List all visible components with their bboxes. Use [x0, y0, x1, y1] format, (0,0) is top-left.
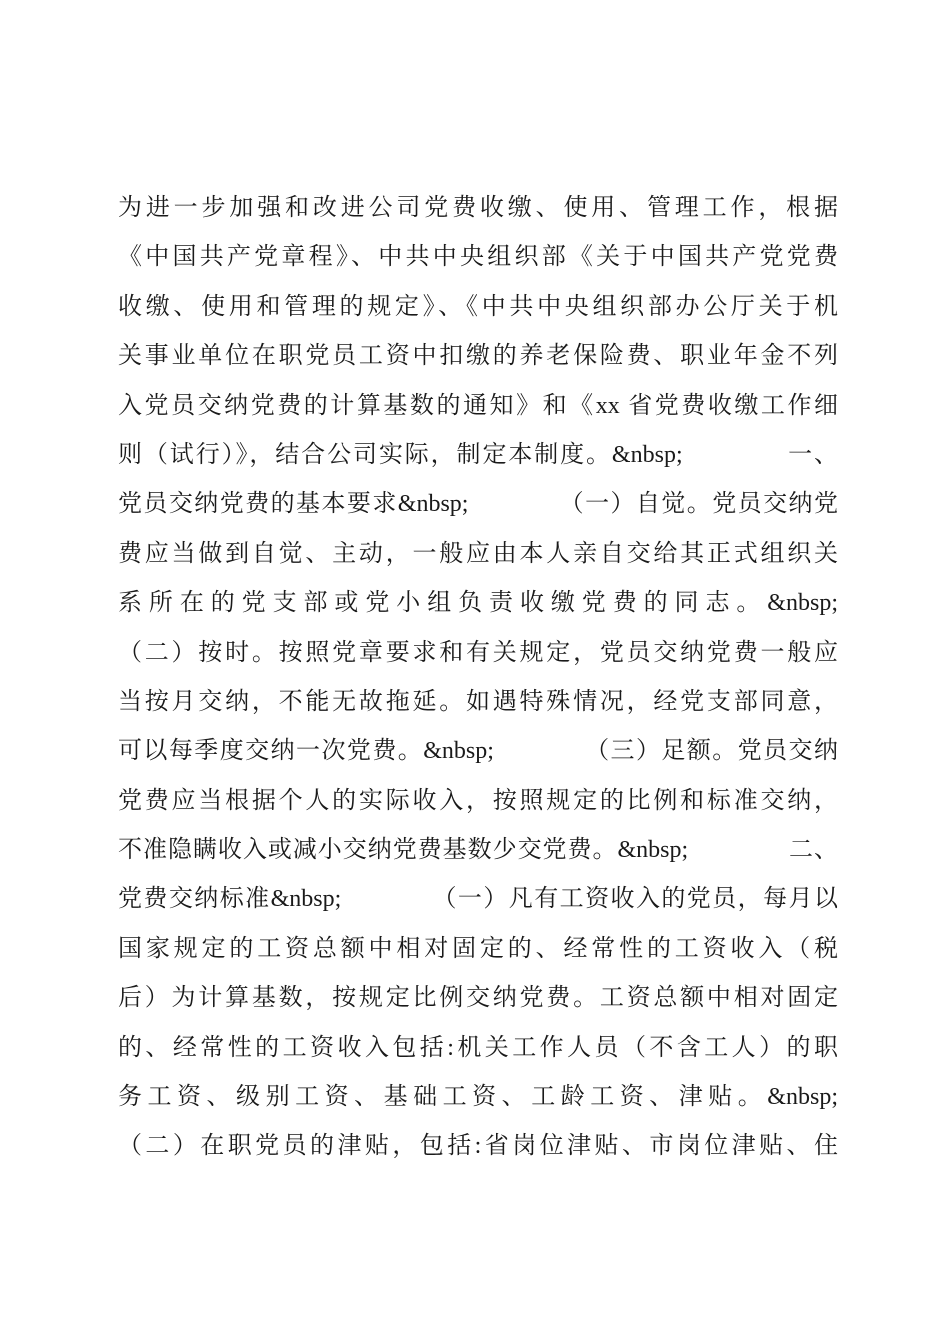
text-line: 国家规定的工资总额中相对固定的、经常性的工资收入（税	[118, 925, 838, 974]
text-line: 《中国共产党章程》、中共中央组织部《关于中国共产党党费	[118, 233, 838, 282]
text-line: 当按月交纳，不能无故拖延。如遇特殊情况，经党支部同意，	[118, 678, 838, 727]
body-text-paragraph: 为进一步加强和改进公司党费收缴、使用、管理工作，根据 《中国共产党章程》、中共中…	[118, 184, 838, 1172]
text-line: 不准隐瞒收入或减小交纳党费基数少交党费。&nbsp; 二、	[118, 826, 838, 875]
text-line: 党费应当根据个人的实际收入，按照规定的比例和标准交纳，	[118, 777, 838, 826]
text-line: 入党员交纳党费的计算基数的通知》和《xx 省党费收缴工作细	[118, 382, 838, 431]
text-line: 务工资、级别工资、基础工资、工龄工资、津贴。&nbsp;	[118, 1073, 838, 1122]
text-line: 收缴、使用和管理的规定》、《中共中央组织部办公厅关于机	[118, 283, 838, 332]
text-line: 系所在的党支部或党小组负责收缴党费的同志。&nbsp;	[118, 579, 838, 628]
document-page: 为进一步加强和改进公司党费收缴、使用、管理工作，根据 《中国共产党章程》、中共中…	[0, 0, 950, 1344]
text-line: 为进一步加强和改进公司党费收缴、使用、管理工作，根据	[118, 184, 838, 233]
text-line: （二）在职党员的津贴，包括:省岗位津贴、市岗位津贴、住	[118, 1122, 838, 1171]
text-line: 费应当做到自觉、主动，一般应由本人亲自交给其正式组织关	[118, 530, 838, 579]
text-line: 可以每季度交纳一次党费。&nbsp; （三）足额。党员交纳	[118, 727, 838, 776]
text-line: （二）按时。按照党章要求和有关规定，党员交纳党费一般应	[118, 629, 838, 678]
text-line: 则（试行）》，结合公司实际，制定本制度。&nbsp; 一、	[118, 431, 838, 480]
text-line: 党员交纳党费的基本要求&nbsp; （一）自觉。党员交纳党	[118, 480, 838, 529]
text-line: 关事业单位在职党员工资中扣缴的养老保险费、职业年金不列	[118, 332, 838, 381]
text-line: 的、经常性的工资收入包括:机关工作人员（不含工人）的职	[118, 1024, 838, 1073]
text-line: 党费交纳标准&nbsp; （一）凡有工资收入的党员，每月以	[118, 875, 838, 924]
text-line: 后）为计算基数，按规定比例交纳党费。工资总额中相对固定	[118, 974, 838, 1023]
